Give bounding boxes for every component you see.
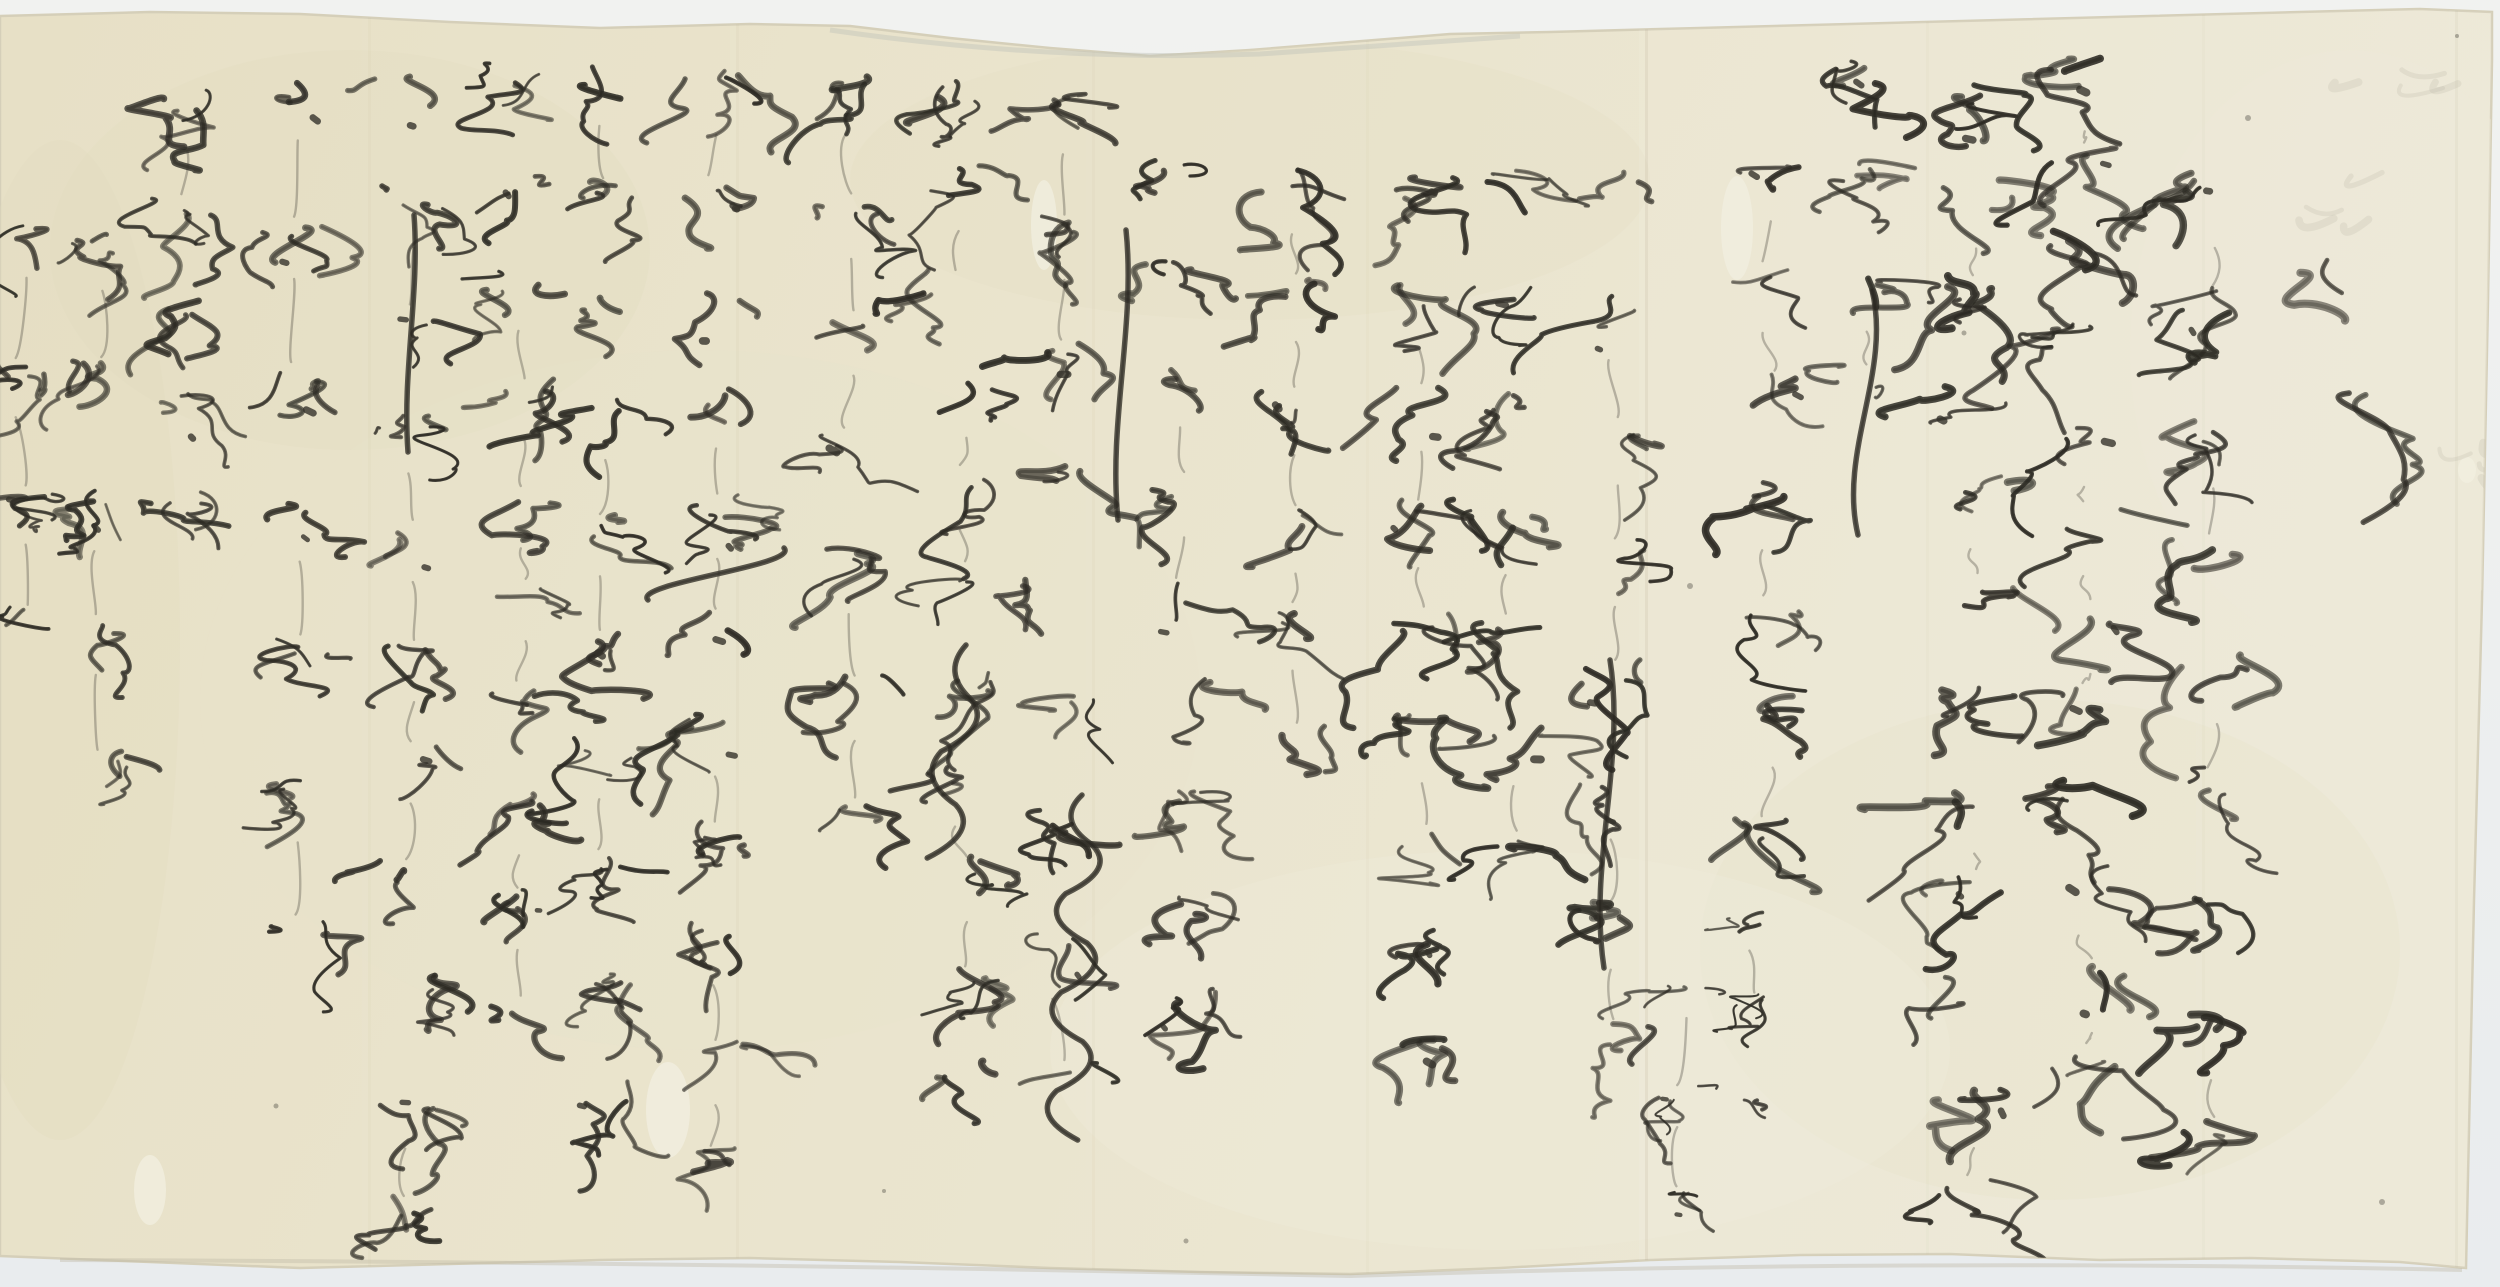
manuscript-canvas	[0, 0, 2500, 1287]
paper-sheet	[0, 0, 2500, 1287]
manuscript-photo: 再呈	[0, 0, 2500, 1287]
